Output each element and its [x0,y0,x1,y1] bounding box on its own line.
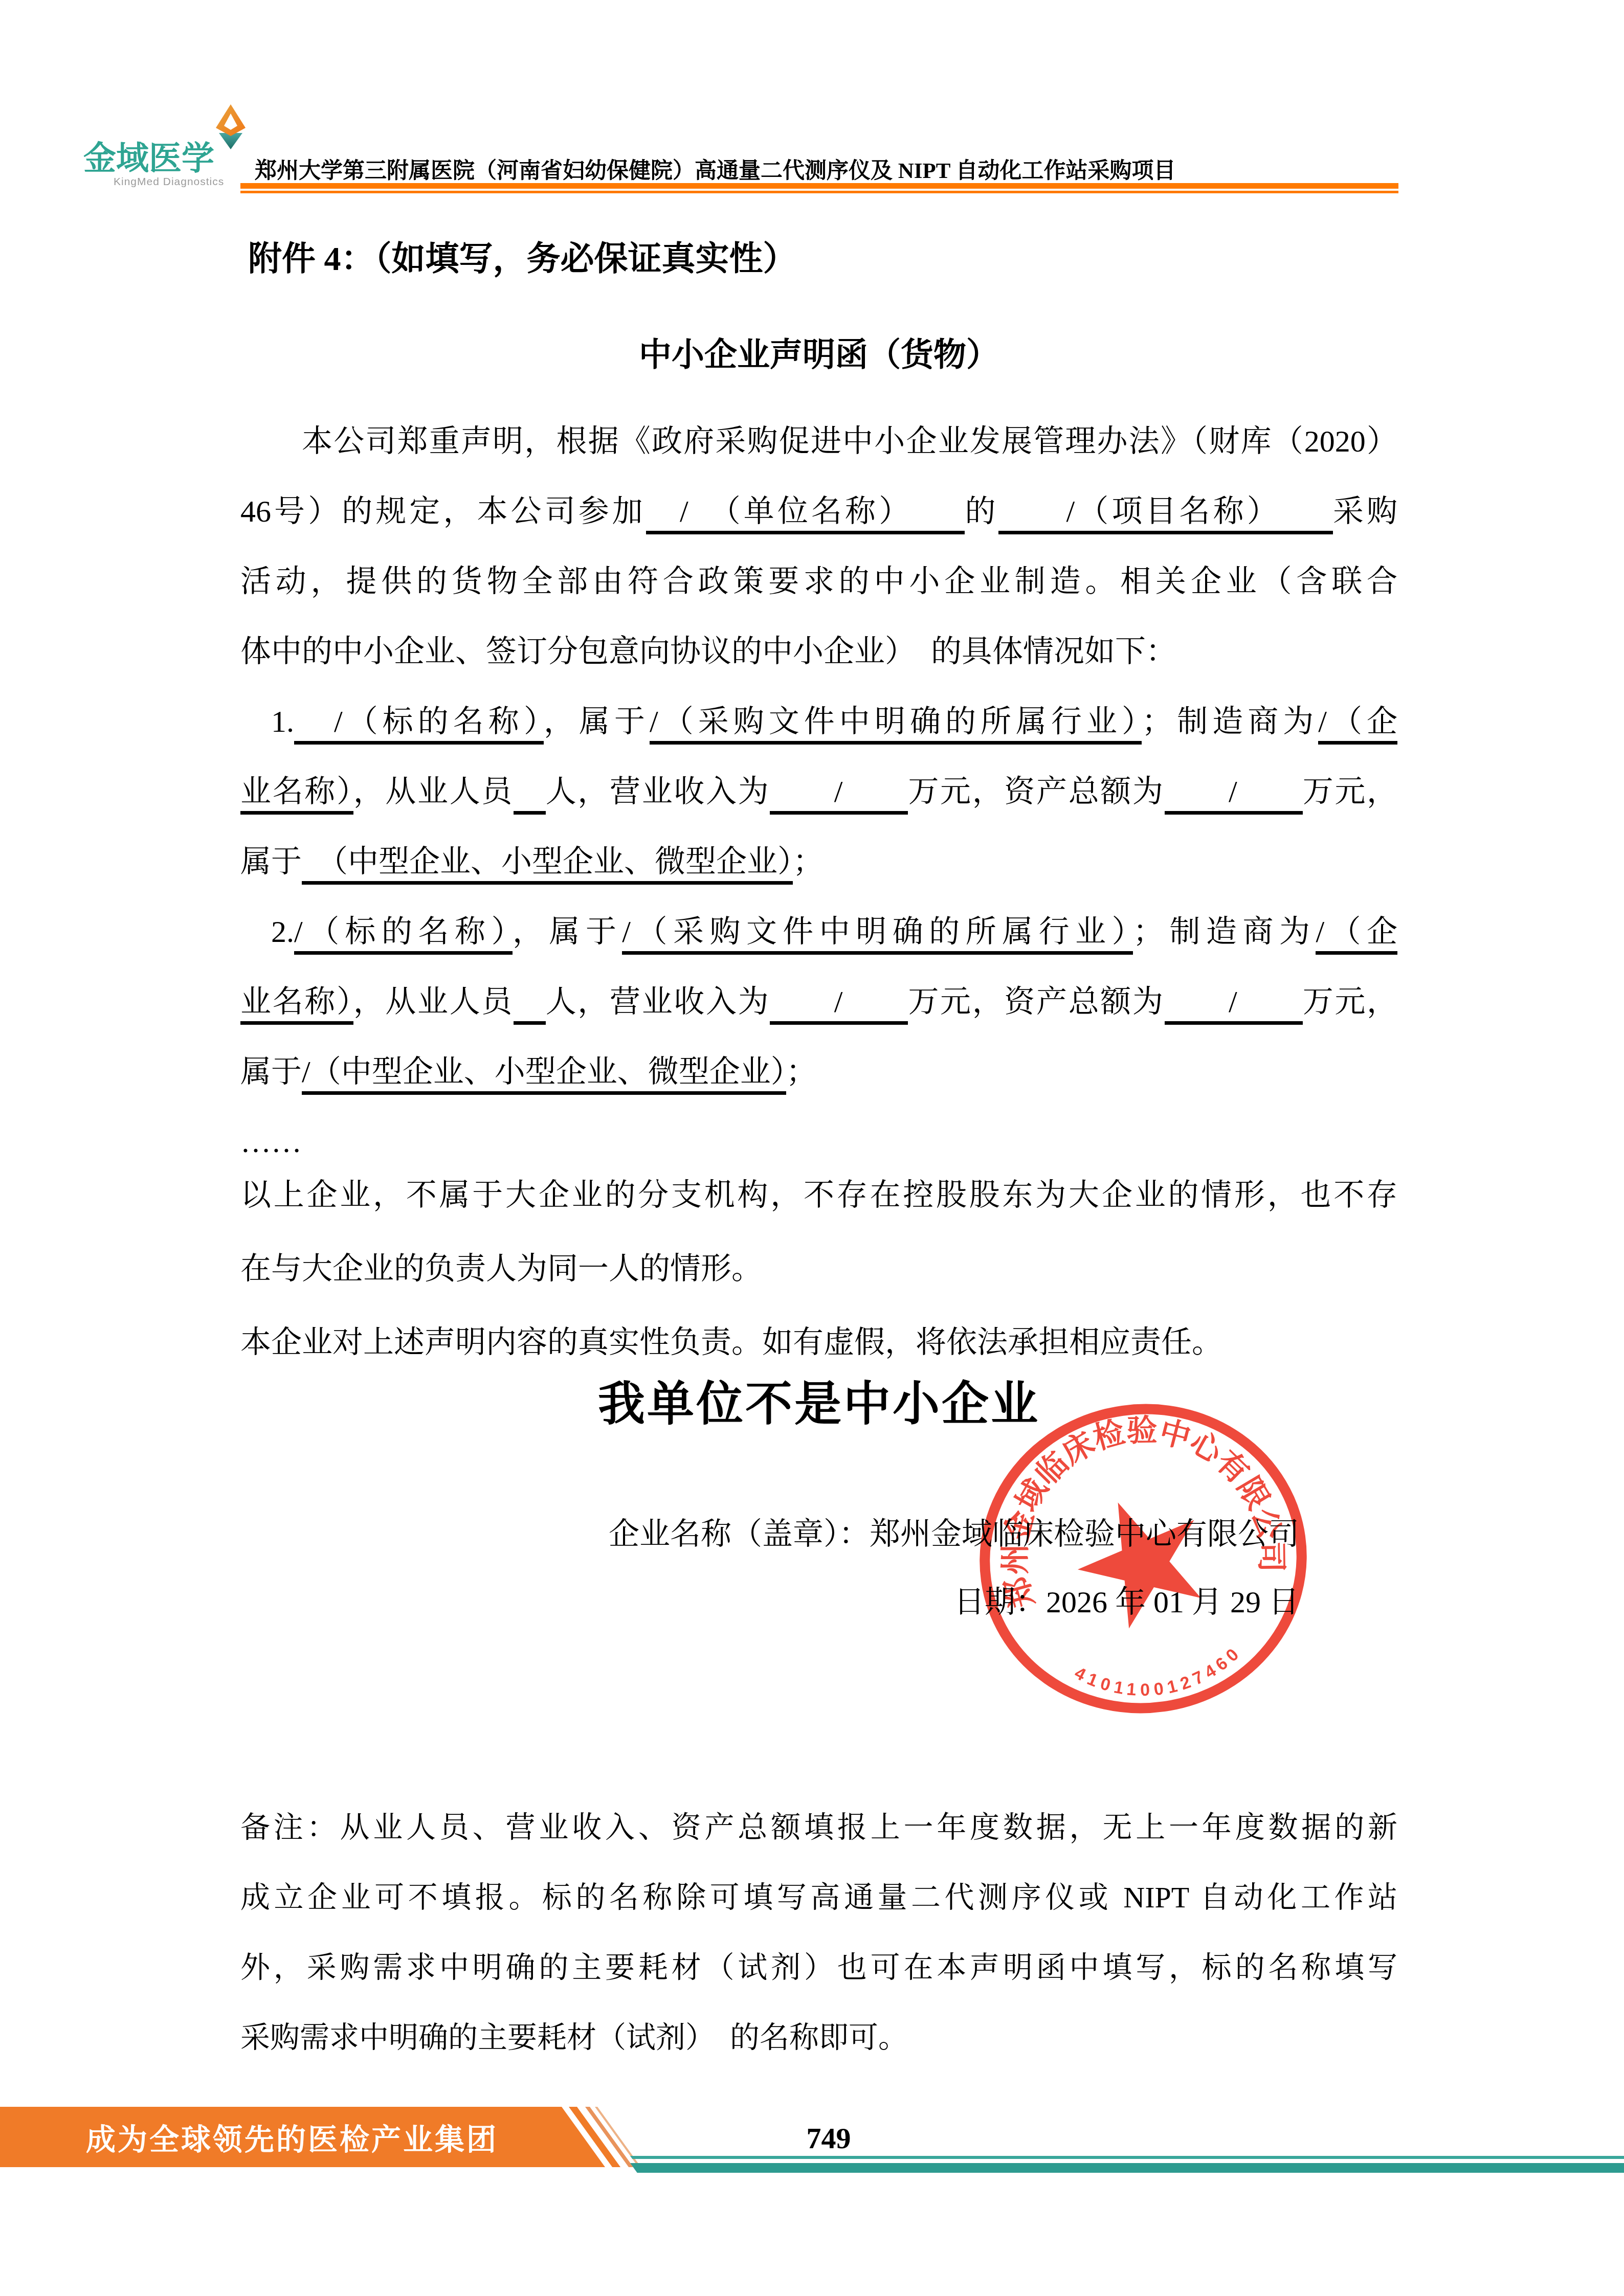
kingmed-diamond-icon [215,104,247,151]
document-page: 金域医学 KingMed Diagnostics 郑州大学第三附属医院（河南省妇… [0,0,1624,2296]
declaration-paragraphs: 本公司郑重声明，根据《政府采购促进中小企业发展管理办法》（财库（2020）46号… [240,407,1397,1177]
text-line: 在与大企业的负责人为同一人的情形。 [240,1232,1397,1305]
footer-banner: 成为全球领先的医检产业集团 [0,2107,614,2167]
attachment-heading: 附件 4：（如填写，务必保证真实性） [248,231,797,280]
text-line: 属于/（中型企业、小型企业、微型企业）； [240,1037,1397,1107]
footer-teal-line-thin [630,2156,1624,2159]
text-line: 活动，提供的货物全部由符合政策要求的中小企业制造。相关企业（含联合 [240,547,1397,617]
notes-paragraph: 备注：从业人员、营业收入、资产总额填报上一年度数据，无上一年度数据的新成立企业可… [240,1792,1397,2073]
text-line: 1. /（标的名称），属于/（采购文件中明确的所属行业）；制造商为/（企 [240,687,1397,757]
text-line: 业名称），从业人员 人，营业收入为 / 万元，资产总额为 / 万元， [240,757,1397,827]
header-rule-thick [240,183,1398,189]
text-line: 成立企业可不填报。标的名称除可填写高通量二代测序仪或 NIPT 自动化工作站 [240,1862,1397,1932]
text-line: 属于 （中型企业、小型企业、微型企业）； [240,827,1397,897]
kingmed-logo-text: 金域医学 [83,132,214,179]
closing-paragraphs: 以上企业，不属于大企业的分支机构，不存在控股股东为大企业的情形，也不存在与大企业… [240,1158,1397,1379]
kingmed-logo-subtext: KingMed Diagnostics [114,176,224,188]
page-number: 749 [767,2121,890,2155]
text-line: 体中的中小企业、签订分包意向协议的中小企业） 的具体情况如下： [240,617,1397,687]
text-line: 46号）的规定，本公司参加 / （单位名称） 的 /（项目名称） 采购 [240,477,1397,547]
text-line: 2./（标的名称），属于/（采购文件中明确的所属行业）；制造商为/（企 [240,897,1397,967]
text-line: 本公司郑重声明，根据《政府采购促进中小企业发展管理办法》（财库（2020） [240,407,1397,477]
company-stamp: 郑州金域临床检验中心有限公司 4101100127460 [969,1399,1317,1728]
header-rule-thin [240,191,1398,193]
header-project-title: 郑州大学第三附属医院（河南省妇幼保健院）高通量二代测序仪及 NIPT 自动化工作… [255,153,1400,185]
text-line: 采购需求中明确的主要耗材（试剂） 的名称即可。 [240,2002,1397,2073]
footer-teal-line-thick [630,2163,1624,2173]
text-line: 业名称），从业人员 人，营业收入为 / 万元，资产总额为 / 万元， [240,967,1397,1037]
text-line: 以上企业，不属于大企业的分支机构，不存在控股股东为大企业的情形，也不存 [240,1158,1397,1232]
stamp-star-icon [1060,1478,1223,1638]
footer-slogan: 成为全球领先的医检产业集团 [0,2115,498,2158]
text-line: 备注：从业人员、营业收入、资产总额填报上一年度数据，无上一年度数据的新 [240,1792,1397,1862]
text-line: 外，采购需求中明确的主要耗材（试剂）也可在本声明函中填写，标的名称填写 [240,1932,1397,2002]
document-title: 中小企业声明函（货物） [240,328,1397,375]
